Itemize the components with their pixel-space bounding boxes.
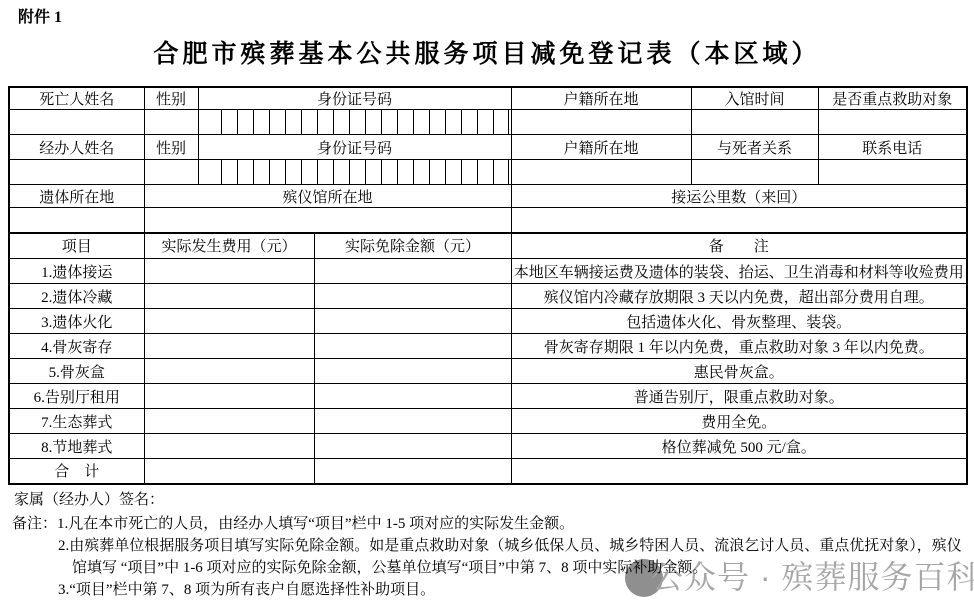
id-digit-box <box>301 160 317 184</box>
deceased-id-header: 身份证号码 <box>198 87 511 110</box>
notes-block: 备注：1.凡在本市死亡的人员，由经办人填写“项目”栏中 1-5 项对应的实际发生… <box>0 513 974 601</box>
deceased-name-header: 死亡人姓名 <box>9 87 144 110</box>
agent-residence-header: 户籍所在地 <box>511 135 691 160</box>
id-digit-box <box>413 110 429 134</box>
agent-value-row <box>9 160 967 185</box>
funeral-home-location-value-cell <box>144 208 511 233</box>
id-digit-box <box>221 110 237 134</box>
agent-name-value-cell <box>9 160 144 185</box>
total-cost-cell <box>144 459 314 484</box>
item-name-cell: 8.节地葬式 <box>9 434 144 459</box>
item-remark-cell: 费用全免。 <box>511 409 967 434</box>
id-digit-box <box>461 110 477 134</box>
item-exempt-cell <box>314 409 511 434</box>
item-row: 7.生态葬式 费用全免。 <box>9 409 967 434</box>
deceased-name-value-cell <box>9 110 144 135</box>
deceased-value-row <box>9 110 967 135</box>
agent-id-header: 身份证号码 <box>198 135 511 160</box>
id-digit-box <box>253 110 269 134</box>
agent-gender-header: 性别 <box>144 135 198 160</box>
item-exempt-cell <box>314 309 511 334</box>
deceased-header-row: 死亡人姓名 性别 身份证号码 户籍所在地 入馆时间 是否重点救助对象 <box>9 87 967 110</box>
id-digit-box <box>365 110 381 134</box>
id-digit-box <box>237 110 253 134</box>
id-digit-box <box>429 160 445 184</box>
item-exempt-cell <box>314 359 511 384</box>
agent-residence-value-cell <box>511 160 691 185</box>
item-cost-cell <box>144 434 314 459</box>
agent-id-boxes <box>221 160 509 184</box>
id-digit-box <box>381 160 397 184</box>
item-name-cell: 4.骨灰寄存 <box>9 334 144 359</box>
item-remark-cell: 骨灰寄存期限 1 年以内免费，重点救助对象 3 年以内免费。 <box>511 334 967 359</box>
item-cost-cell <box>144 284 314 309</box>
body-location-header: 遗体所在地 <box>9 185 144 208</box>
attachment-label: 附件 1 <box>18 0 974 28</box>
id-digit-box <box>349 160 365 184</box>
funeral-home-location-header: 殡仪馆所在地 <box>144 185 511 208</box>
item-remark-cell: 惠民骨灰盒。 <box>511 359 967 384</box>
item-exempt-cell <box>314 434 511 459</box>
cost-column-header: 实际发生费用（元） <box>144 233 314 259</box>
id-digit-box <box>365 160 381 184</box>
location-value-row <box>9 208 967 233</box>
note-line: 备注：1.凡在本市死亡的人员，由经办人填写“项目”栏中 1-5 项对应的实际发生… <box>0 513 974 535</box>
entry-time-header: 入馆时间 <box>691 87 818 110</box>
agent-id-value-cell <box>198 160 511 185</box>
id-digit-box <box>285 110 301 134</box>
id-digit-box <box>381 110 397 134</box>
item-remark-cell: 本地区车辆接运费及遗体的装袋、抬运、卫生消毒和材料等收殓费用 <box>511 259 967 284</box>
remark-column-header: 备 注 <box>511 233 967 259</box>
item-remark-cell: 殡仪馆内冷藏存放期限 3 天以内免费，超出部分费用自理。 <box>511 284 967 309</box>
agent-name-header: 经办人姓名 <box>9 135 144 160</box>
item-remark-cell: 普通告别厅，限重点救助对象。 <box>511 384 967 409</box>
id-digit-box <box>477 160 493 184</box>
item-cost-cell <box>144 334 314 359</box>
id-digit-box <box>317 160 333 184</box>
phone-value-cell <box>818 160 967 185</box>
id-digit-box <box>397 110 413 134</box>
body-location-value-cell <box>9 208 144 233</box>
id-digit-box <box>237 160 253 184</box>
item-cost-cell <box>144 409 314 434</box>
item-name-cell: 5.骨灰盒 <box>9 359 144 384</box>
transport-km-value-cell <box>511 208 967 233</box>
id-digit-box <box>333 110 349 134</box>
id-digit-box <box>461 160 477 184</box>
deceased-residence-header: 户籍所在地 <box>511 87 691 110</box>
item-name-cell: 6.告别厅租用 <box>9 384 144 409</box>
exempt-column-header: 实际免除金额（元） <box>314 233 511 259</box>
id-digit-box <box>333 160 349 184</box>
id-digit-box <box>493 160 509 184</box>
item-row: 5.骨灰盒 惠民骨灰盒。 <box>9 359 967 384</box>
total-label-cell: 合 计 <box>9 459 144 484</box>
item-cost-cell <box>144 259 314 284</box>
key-aid-value-cell <box>818 110 967 135</box>
total-remark-cell <box>511 459 967 484</box>
item-cost-cell <box>144 309 314 334</box>
relation-header: 与死者关系 <box>691 135 818 160</box>
total-row: 合 计 <box>9 459 967 484</box>
id-digit-box <box>445 160 461 184</box>
note-line: 馆填写 “项目”中 1-6 项对应的实际免除金额，公墓单位填写“项目”中第 7、… <box>0 557 974 579</box>
item-exempt-cell <box>314 259 511 284</box>
item-name-cell: 7.生态葬式 <box>9 409 144 434</box>
id-digit-box <box>493 110 509 134</box>
item-name-cell: 3.遗体火化 <box>9 309 144 334</box>
item-exempt-cell <box>314 334 511 359</box>
form-title: 合肥市殡葬基本公共服务项目减免登记表（本区域） <box>0 40 974 70</box>
id-digit-box <box>269 160 285 184</box>
agent-gender-value-cell <box>144 160 198 185</box>
id-digit-box <box>413 160 429 184</box>
items-header-row: 项目 实际发生费用（元） 实际免除金额（元） 备 注 <box>9 233 967 259</box>
id-digit-box <box>221 160 237 184</box>
key-aid-header: 是否重点救助对象 <box>818 87 967 110</box>
item-row: 2.遗体冷藏 殡仪馆内冷藏存放期限 3 天以内免费，超出部分费用自理。 <box>9 284 967 309</box>
relation-value-cell <box>691 160 818 185</box>
deceased-id-boxes <box>221 110 509 134</box>
item-name-cell: 2.遗体冷藏 <box>9 284 144 309</box>
item-remark-cell: 包括遗体火化、骨灰整理、装袋。 <box>511 309 967 334</box>
form-page: 附件 1 合肥市殡葬基本公共服务项目减免登记表（本区域） 死亡人姓名 性别 身份… <box>0 0 974 604</box>
entry-time-value-cell <box>691 110 818 135</box>
total-exempt-cell <box>314 459 511 484</box>
id-digit-box <box>349 110 365 134</box>
item-exempt-cell <box>314 384 511 409</box>
id-digit-box <box>317 110 333 134</box>
item-row: 6.告别厅租用 普通告别厅，限重点救助对象。 <box>9 384 967 409</box>
deceased-gender-header: 性别 <box>144 87 198 110</box>
note-line: 3.“项目”栏中第 7、8 项为所有丧户自愿选择性补助项目。 <box>0 579 974 601</box>
id-digit-box <box>397 160 413 184</box>
item-cost-cell <box>144 384 314 409</box>
id-digit-box <box>429 110 445 134</box>
id-digit-box <box>253 160 269 184</box>
registration-table: 死亡人姓名 性别 身份证号码 户籍所在地 入馆时间 是否重点救助对象 经办人姓名… <box>8 86 968 485</box>
item-exempt-cell <box>314 284 511 309</box>
id-digit-box <box>301 110 317 134</box>
deceased-residence-value-cell <box>511 110 691 135</box>
id-digit-box <box>477 110 493 134</box>
phone-header: 联系电话 <box>818 135 967 160</box>
note-line: 2.由殡葬单位根据服务项目填写实际免除金额。如是重点救助对象（城乡低保人员、城乡… <box>0 535 974 557</box>
deceased-gender-value-cell <box>144 110 198 135</box>
item-row: 1.遗体接运 本地区车辆接运费及遗体的装袋、抬运、卫生消毒和材料等收殓费用 <box>9 259 967 284</box>
item-column-header: 项目 <box>9 233 144 259</box>
item-name-cell: 1.遗体接运 <box>9 259 144 284</box>
location-header-row: 遗体所在地 殡仪馆所在地 接运公里数（来回） <box>9 185 967 208</box>
item-cost-cell <box>144 359 314 384</box>
agent-header-row: 经办人姓名 性别 身份证号码 户籍所在地 与死者关系 联系电话 <box>9 135 967 160</box>
id-digit-box <box>269 110 285 134</box>
deceased-id-value-cell <box>198 110 511 135</box>
item-row: 3.遗体火化 包括遗体火化、骨灰整理、装袋。 <box>9 309 967 334</box>
item-row: 4.骨灰寄存 骨灰寄存期限 1 年以内免费，重点救助对象 3 年以内免费。 <box>9 334 967 359</box>
id-digit-box <box>445 110 461 134</box>
item-remark-cell: 格位葬减免 500 元/盒。 <box>511 434 967 459</box>
signature-label: 家属（经办人）签名： <box>14 492 974 509</box>
transport-km-header: 接运公里数（来回） <box>511 185 967 208</box>
id-digit-box <box>285 160 301 184</box>
item-row: 8.节地葬式 格位葬减免 500 元/盒。 <box>9 434 967 459</box>
